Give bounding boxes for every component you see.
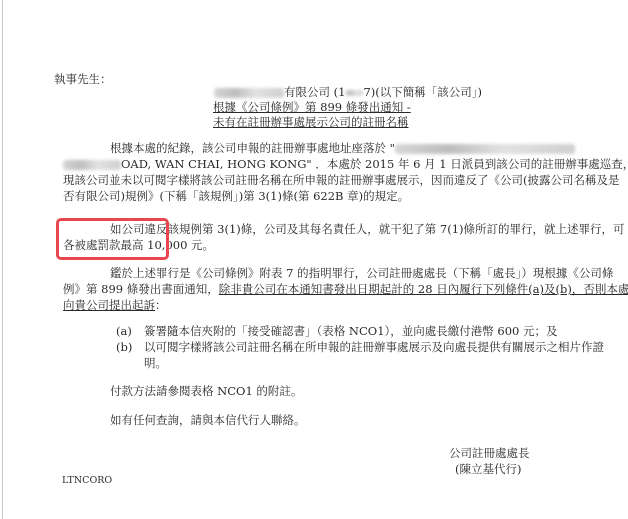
condition-a-label: (a) — [116, 324, 132, 338]
notice-title-line-2: 未有在註冊辦事處展示公司的註冊名稱 — [213, 115, 409, 129]
redacted-company-number — [345, 90, 363, 96]
redacted-address — [395, 144, 575, 154]
para3-line-1: 鑑於上述罪行是《公司條例》附表 7 的指明罪行，公司註冊處處長（下稱「處長」）現… — [110, 266, 613, 280]
salutation: 執事先生： — [54, 72, 112, 86]
para3-line-2: 例》第 899 條發出書面通知，除非貴公司在本通知書發出日期起計的 28 日內履… — [63, 282, 628, 296]
company-line: 有限公司 (17)(以下簡稱「該公司」) — [214, 85, 482, 99]
condition-b-label: (b) — [116, 340, 132, 354]
redacted-address-start — [63, 160, 121, 170]
para1-line-3: 現該公司並未以可閱字樣將該公司註冊名稱在所申報的註冊辦事處展示，因而違反了《公司… — [63, 173, 619, 187]
condition-a-text: 簽署隨本信夾附的「接受確認書」（表格 NCO1），並向處長繳付港幣 600 元；… — [144, 324, 558, 338]
signature-title: 公司註冊處處長 — [449, 446, 530, 460]
para2-line-1: 如公司違反該規例第 3(1)條，公司及其每名責任人，就干犯了第 7(1)條所訂的… — [110, 222, 625, 236]
payment-note: 付款方法請參閱表格 NCO1 的附註。 — [110, 384, 302, 398]
condition-b-text: 以可閱字樣將該公司註冊名稱在所申報的註冊辦事處展示及向處長提供有關展示之相片作證 — [144, 340, 604, 354]
condition-b-text-cont: 明。 — [144, 356, 167, 370]
enquiry-note: 如有任何查詢，請與本信代行人聯絡。 — [110, 413, 306, 427]
notice-title-line-1: 根據《公司條例》第 899 條發出通知 - — [213, 100, 411, 114]
footer-code: LTNCORO — [62, 474, 112, 488]
redacted-company-name — [214, 88, 284, 98]
para1-line-4: 否有限公司)規例》(下稱「該規例」)第 3(1)條(第 622B 章)的規定。 — [63, 189, 409, 203]
penalty-highlight-box — [56, 218, 169, 260]
para1-line-2: OAD, WAN CHAI, HONG KONG" ．本處於 2015 年 6 … — [63, 157, 628, 171]
signature-name: (陳立基代行) — [455, 462, 521, 476]
page-border — [2, 0, 3, 519]
para1-line-1: 根據本處的紀錄，該公司申報的註冊辦事處地址座落於 " — [110, 141, 575, 155]
para3-line-3: 向貴公司提出起訴： — [63, 298, 167, 312]
